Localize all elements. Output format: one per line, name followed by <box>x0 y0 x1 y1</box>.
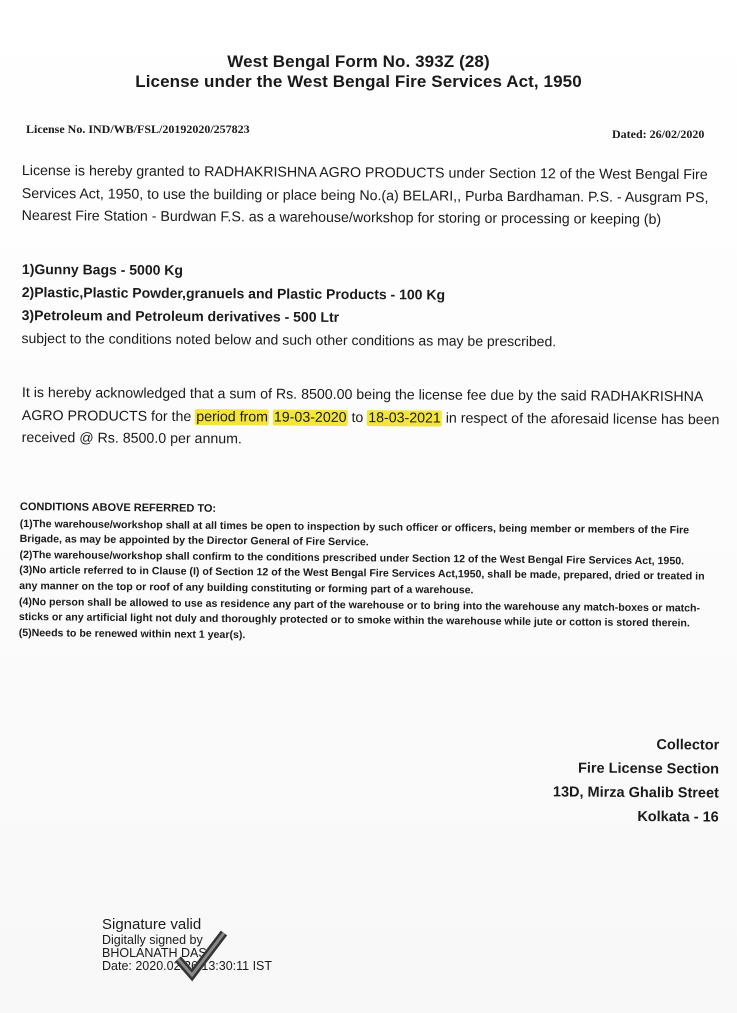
fee-paragraph: It is hereby acknowledged that a sum of … <box>22 382 722 454</box>
authority-section: Fire License Section <box>553 756 719 781</box>
conditions-section: CONDITIONS ABOVE REFERRED TO: (1)The war… <box>19 500 725 648</box>
subject-line: subject to the conditions noted below an… <box>21 327 556 353</box>
licensed-items: 1)Gunny Bags - 5000 Kg 2)Plastic,Plastic… <box>21 258 556 353</box>
issue-date: Dated: 26/02/2020 <box>612 127 704 142</box>
to-word: to <box>347 409 367 425</box>
licensed-item: 3)Petroleum and Petroleum derivatives - … <box>22 304 557 330</box>
act-title: License under the West Bengal Fire Servi… <box>0 72 727 92</box>
authority-title: Collector <box>553 732 719 757</box>
license-number: License No. IND/WB/FSL/20192020/257823 <box>26 122 250 137</box>
licensed-item: 1)Gunny Bags - 5000 Kg <box>22 258 557 284</box>
checkmark-icon <box>170 925 230 985</box>
form-title: West Bengal Form No. 393Z (28) <box>0 52 727 72</box>
grant-paragraph: License is hereby granted to RADHAKRISHN… <box>22 160 722 232</box>
issuing-authority: Collector Fire License Section 13D, Mirz… <box>553 732 720 829</box>
highlight-from-date: 19-03-2020 <box>273 409 348 425</box>
licensed-item: 2)Plastic,Plastic Powder,granuels and Pl… <box>22 281 557 307</box>
authority-city: Kolkata - 16 <box>553 804 719 829</box>
highlight-period-label: period from <box>195 409 269 425</box>
authority-address: 13D, Mirza Ghalib Street <box>553 780 719 805</box>
highlight-to-date: 18-03-2021 <box>367 410 442 426</box>
document-page: West Bengal Form No. 393Z (28) License u… <box>0 0 737 1013</box>
